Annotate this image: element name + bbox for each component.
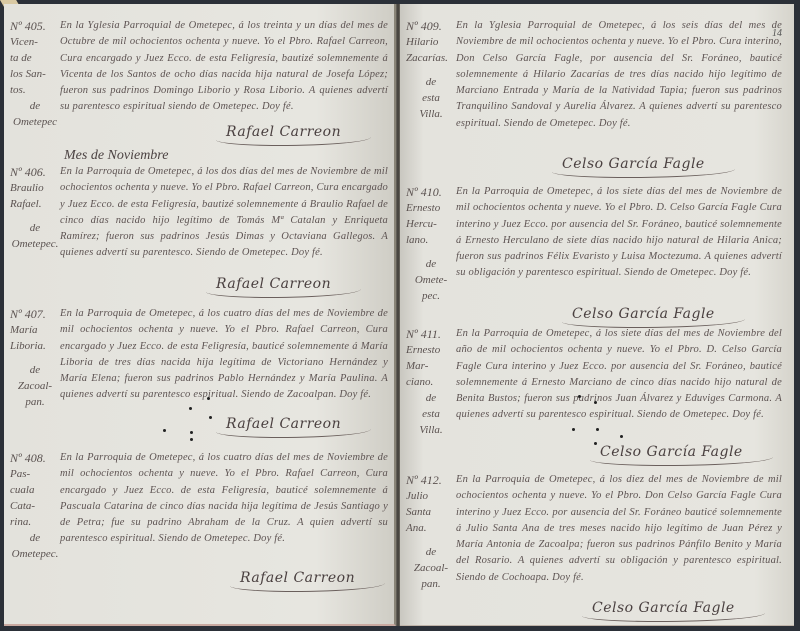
register-entry-409: Nº 409. Hilario Zacarías. de esta Villa.… [406, 18, 782, 132]
child-name-line: tos. [10, 82, 60, 98]
child-name-line: cuala [10, 482, 60, 498]
entry-margin: Nº 409. Hilario Zacarías. de esta Villa. [406, 18, 456, 132]
priest-signature: Rafael Carreon [240, 570, 355, 586]
entry-number: Nº 408. [10, 450, 60, 466]
entry-text: En la Parroquia de Ometepec, á los siete… [456, 326, 782, 438]
entry-number: Nº 411. [406, 326, 456, 342]
origin-line: Villa. [406, 422, 456, 438]
origin-line: esta [406, 90, 456, 106]
child-name-line: Ernesto [406, 200, 456, 216]
origin-line: Zacoal- [406, 560, 456, 576]
child-name-line: lano. [406, 232, 456, 248]
child-name-line: Hilario [406, 34, 456, 50]
child-name-line: Zacarías. [406, 50, 456, 66]
entry-margin: Nº 412. Julio Santa Ana. de Zacoal- pan. [406, 472, 456, 592]
entry-number: Nº 405. [10, 18, 60, 34]
priest-signature: Rafael Carreon [226, 416, 341, 432]
child-name-line: Cata- [10, 498, 60, 514]
register-book: Nº 405. Vicen- ta de los San- tos. de Om… [4, 4, 794, 626]
origin-line: Villa. [406, 106, 456, 122]
origin-line: de [10, 98, 60, 114]
register-entry-410: Nº 410. Ernesto Hercu- lano. de Omete- p… [406, 184, 782, 304]
child-name-line: María [10, 322, 60, 338]
entry-number: Nº 406. [10, 164, 60, 180]
register-entry-405: Nº 405. Vicen- ta de los San- tos. de Om… [10, 18, 388, 130]
register-entry-408: Nº 408. Pas- cuala Cata- rina. de Ometep… [10, 450, 388, 562]
entry-margin: Nº 408. Pas- cuala Cata- rina. de Ometep… [10, 450, 60, 562]
left-page: Nº 405. Vicen- ta de los San- tos. de Om… [4, 4, 396, 626]
entry-text: En la Parroquia de Ometepec, á los diez … [456, 472, 782, 592]
entry-text: En la Parroquia de Ometepec, á los cuatr… [60, 306, 388, 410]
register-entry-412: Nº 412. Julio Santa Ana. de Zacoal- pan.… [406, 472, 782, 592]
priest-signature: Rafael Carreon [216, 276, 331, 292]
child-name-line: Hercu- [406, 216, 456, 232]
origin-line: pan. [10, 394, 60, 410]
origin-line: de [406, 74, 456, 90]
origin-line: de [10, 530, 60, 546]
child-name-line: Julio [406, 488, 456, 504]
origin-line: de [10, 220, 60, 236]
origin-line: Ometepec [10, 114, 60, 130]
priest-signature: Celso García Fagle [562, 156, 705, 172]
priest-signature: Celso García Fagle [592, 600, 735, 616]
origin-line: de [406, 544, 456, 560]
child-name-line: Rafael. [10, 196, 60, 212]
child-name-line: ta de [10, 50, 60, 66]
entry-margin: Nº 411. Ernesto Mar- ciano. de esta Vill… [406, 326, 456, 438]
child-name-line: Santa [406, 504, 456, 520]
origin-line: esta [406, 406, 456, 422]
child-name-line: ciano. [406, 374, 456, 390]
origin-line: Zacoal- [10, 378, 60, 394]
entry-margin: Nº 406. Braulio Rafael. de Ometepec. [10, 164, 60, 262]
entry-text: En la Yglesia Parroquial de Ometepec, á … [60, 18, 388, 130]
child-name-line: los San- [10, 66, 60, 82]
entry-margin: Nº 410. Ernesto Hercu- lano. de Omete- p… [406, 184, 456, 304]
child-name-line: Ana. [406, 520, 456, 536]
origin-line: de [406, 256, 456, 272]
entry-number: Nº 412. [406, 472, 456, 488]
entry-number: Nº 409. [406, 18, 456, 34]
origin-line: pec. [406, 288, 456, 304]
month-heading: Mes de Noviembre [64, 148, 168, 164]
priest-signature: Celso García Fagle [572, 306, 715, 322]
child-name-line: Braulio [10, 180, 60, 196]
entry-text: En la Parroquia de Ometepec, á los dos d… [60, 164, 388, 262]
origin-line: pan. [406, 576, 456, 592]
right-page: 14 Nº 409. Hilario Zacarías. de esta Vil… [400, 4, 794, 626]
entry-text: En la Parroquia de Ometepec, á los siete… [456, 184, 782, 304]
origin-line: de [406, 390, 456, 406]
register-entry-411: Nº 411. Ernesto Mar- ciano. de esta Vill… [406, 326, 782, 438]
priest-signature: Rafael Carreon [226, 124, 341, 140]
entry-text: En la Parroquia de Ometepec, á los cuatr… [60, 450, 388, 562]
child-name-line: Liboria. [10, 338, 60, 354]
child-name-line: Ernesto [406, 342, 456, 358]
entry-margin: Nº 405. Vicen- ta de los San- tos. de Om… [10, 18, 60, 130]
origin-line: Omete- [406, 272, 456, 288]
entry-number: Nº 410. [406, 184, 456, 200]
origin-line: de [10, 362, 60, 378]
entry-text: En la Yglesia Parroquial de Ometepec, á … [456, 18, 782, 132]
register-entry-406: Nº 406. Braulio Rafael. de Ometepec. En … [10, 164, 388, 262]
child-name-line: Vicen- [10, 34, 60, 50]
register-entry-407: Nº 407. María Liboria. de Zacoal- pan. E… [10, 306, 388, 410]
entry-margin: Nº 407. María Liboria. de Zacoal- pan. [10, 306, 60, 410]
child-name-line: Mar- [406, 358, 456, 374]
origin-line: Ometepec. [10, 546, 60, 562]
child-name-line: rina. [10, 514, 60, 530]
child-name-line: Pas- [10, 466, 60, 482]
entry-number: Nº 407. [10, 306, 60, 322]
priest-signature: Celso García Fagle [600, 444, 743, 460]
origin-line: Ometepec. [10, 236, 60, 252]
